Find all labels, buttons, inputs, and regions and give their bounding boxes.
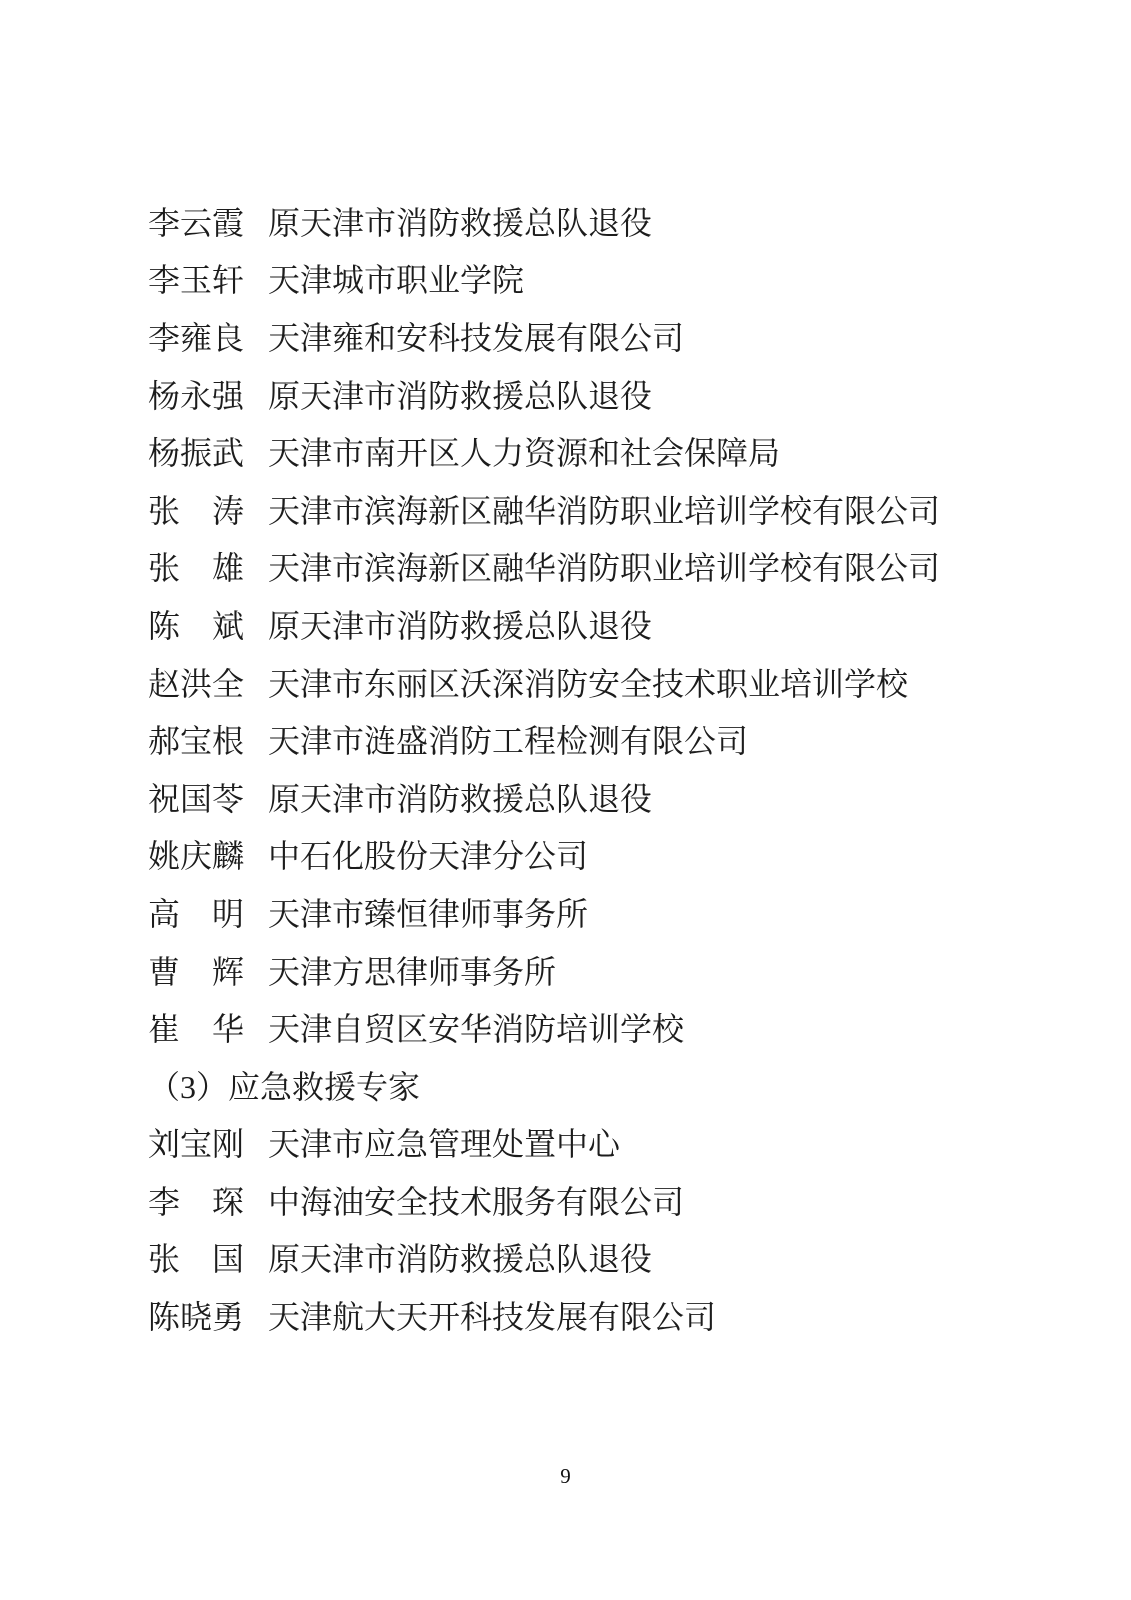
roster-entry-row: 刘宝刚 天津市应急管理处置中心: [148, 1116, 1048, 1174]
organization-name: 天津城市职业学院: [268, 264, 524, 296]
name-character: 陈: [148, 610, 180, 642]
page-number: 9: [0, 1464, 1131, 1489]
name-character: 涛: [212, 495, 244, 527]
name-character: 振: [180, 437, 212, 469]
person-name: 刘宝刚: [148, 1128, 244, 1160]
name-character: 郝: [148, 725, 180, 757]
person-name: 张涛: [148, 495, 244, 527]
name-character: 祝: [148, 783, 180, 815]
roster-entry-row: 祝国苓 原天津市消防救援总队退役: [148, 770, 1048, 828]
organization-name: 天津航大天开科技发展有限公司: [268, 1301, 716, 1333]
name-character: 强: [212, 380, 244, 412]
person-name: 郝宝根: [148, 725, 244, 757]
roster-entry-row: 赵洪全 天津市东丽区沃深消防安全技术职业培训学校: [148, 655, 1048, 713]
roster-entry-row: 杨振武 天津市南开区人力资源和社会保障局: [148, 424, 1048, 482]
roster-entry-row: 张涛 天津市滨海新区融华消防职业培训学校有限公司: [148, 482, 1048, 540]
name-character: 良: [212, 322, 244, 354]
roster-entry-row: 高明 天津市臻恒律师事务所: [148, 885, 1048, 943]
roster-entry-row: 郝宝根 天津市涟盛消防工程检测有限公司: [148, 712, 1048, 770]
organization-name: 天津方思律师事务所: [268, 956, 556, 988]
person-name: 赵洪全: [148, 668, 244, 700]
organization-name: 中海油安全技术服务有限公司: [268, 1186, 684, 1218]
name-character: 刘: [148, 1128, 180, 1160]
roster-entry-row: 李琛 中海油安全技术服务有限公司: [148, 1173, 1048, 1231]
organization-name: 天津雍和安科技发展有限公司: [268, 322, 684, 354]
roster-entry-row: 李云霞 原天津市消防救援总队退役: [148, 194, 1048, 252]
name-character: 曹: [148, 956, 180, 988]
name-character: 杨: [148, 380, 180, 412]
person-name: 李玉轩: [148, 264, 244, 296]
person-name: 李雍良: [148, 322, 244, 354]
roster-entry-row: 张雄 天津市滨海新区融华消防职业培训学校有限公司: [148, 540, 1048, 598]
roster-entry-row: 张国 原天津市消防救援总队退役: [148, 1231, 1048, 1289]
name-character: 宝: [180, 1128, 212, 1160]
name-character: 宝: [180, 725, 212, 757]
name-character: 琛: [212, 1186, 244, 1218]
roster-entry-row: 杨永强 原天津市消防救援总队退役: [148, 367, 1048, 425]
organization-name: 天津市东丽区沃深消防安全技术职业培训学校: [268, 668, 908, 700]
organization-name: 原天津市消防救援总队退役: [268, 1243, 652, 1275]
name-character: 姚: [148, 840, 180, 872]
organization-name: 原天津市消防救援总队退役: [268, 610, 652, 642]
name-character: 云: [180, 207, 212, 239]
organization-name: 原天津市消防救援总队退役: [268, 783, 652, 815]
organization-name: 天津市应急管理处置中心: [268, 1128, 620, 1160]
person-name: 李琛: [148, 1186, 244, 1218]
name-character: 玉: [180, 264, 212, 296]
name-character: 庆: [180, 840, 212, 872]
name-character: 勇: [212, 1301, 244, 1333]
person-name: 姚庆麟: [148, 840, 244, 872]
name-character: 杨: [148, 437, 180, 469]
section-heading: （3）应急救援专家: [148, 1058, 1048, 1116]
organization-name: 天津市滨海新区融华消防职业培训学校有限公司: [268, 552, 940, 584]
roster-entry-row: 姚庆麟 中石化股份天津分公司: [148, 828, 1048, 886]
roster-entry-row: 李玉轩 天津城市职业学院: [148, 252, 1048, 310]
name-character: 张: [148, 552, 180, 584]
organization-name: 原天津市消防救援总队退役: [268, 380, 652, 412]
person-name: 崔华: [148, 1013, 244, 1045]
person-name: 高明: [148, 898, 244, 930]
organization-name: 中石化股份天津分公司: [268, 840, 588, 872]
name-character: 全: [212, 668, 244, 700]
name-character: 李: [148, 207, 180, 239]
name-character: 根: [212, 725, 244, 757]
roster-entry-row: 陈斌 原天津市消防救援总队退役: [148, 597, 1048, 655]
name-character: 麟: [212, 840, 244, 872]
organization-name: 天津市涟盛消防工程检测有限公司: [268, 725, 748, 757]
person-name: 祝国苓: [148, 783, 244, 815]
name-character: 国: [180, 783, 212, 815]
name-character: 苓: [212, 783, 244, 815]
name-character: 斌: [212, 610, 244, 642]
name-character: 雄: [212, 552, 244, 584]
name-character: 高: [148, 898, 180, 930]
name-character: 晓: [180, 1301, 212, 1333]
person-name: 陈斌: [148, 610, 244, 642]
name-character: 洪: [180, 668, 212, 700]
document-page: 李云霞 原天津市消防救援总队退役 李玉轩 天津城市职业学院 李雍良 天津雍和安科…: [0, 0, 1131, 1600]
name-character: 张: [148, 495, 180, 527]
organization-name: 天津自贸区安华消防培训学校: [268, 1013, 684, 1045]
name-character: 轩: [212, 264, 244, 296]
name-character: 霞: [212, 207, 244, 239]
name-character: 李: [148, 1186, 180, 1218]
name-character: 永: [180, 380, 212, 412]
organization-name: 天津市南开区人力资源和社会保障局: [268, 437, 780, 469]
name-character: 李: [148, 322, 180, 354]
name-character: 华: [212, 1013, 244, 1045]
name-character: 雍: [180, 322, 212, 354]
person-name: 杨永强: [148, 380, 244, 412]
organization-name: 天津市滨海新区融华消防职业培训学校有限公司: [268, 495, 940, 527]
person-name: 陈晓勇: [148, 1301, 244, 1333]
name-character: 崔: [148, 1013, 180, 1045]
roster-entry-row: 崔华 天津自贸区安华消防培训学校: [148, 1000, 1048, 1058]
person-name: 李云霞: [148, 207, 244, 239]
name-character: 刚: [212, 1128, 244, 1160]
name-character: 李: [148, 264, 180, 296]
person-name: 张国: [148, 1243, 244, 1275]
organization-name: 天津市臻恒律师事务所: [268, 898, 588, 930]
organization-name: 原天津市消防救援总队退役: [268, 207, 652, 239]
roster-entry-row: 李雍良 天津雍和安科技发展有限公司: [148, 309, 1048, 367]
name-character: 明: [212, 898, 244, 930]
name-character: 赵: [148, 668, 180, 700]
name-character: 辉: [212, 956, 244, 988]
person-name: 曹辉: [148, 956, 244, 988]
name-character: 武: [212, 437, 244, 469]
person-name: 张雄: [148, 552, 244, 584]
name-character: 张: [148, 1243, 180, 1275]
expert-roster-list: 李云霞 原天津市消防救援总队退役 李玉轩 天津城市职业学院 李雍良 天津雍和安科…: [148, 194, 1048, 1346]
name-character: 陈: [148, 1301, 180, 1333]
name-character: 国: [212, 1243, 244, 1275]
roster-entry-row: 陈晓勇 天津航大天开科技发展有限公司: [148, 1288, 1048, 1346]
person-name: 杨振武: [148, 437, 244, 469]
roster-entry-row: 曹辉 天津方思律师事务所: [148, 943, 1048, 1001]
